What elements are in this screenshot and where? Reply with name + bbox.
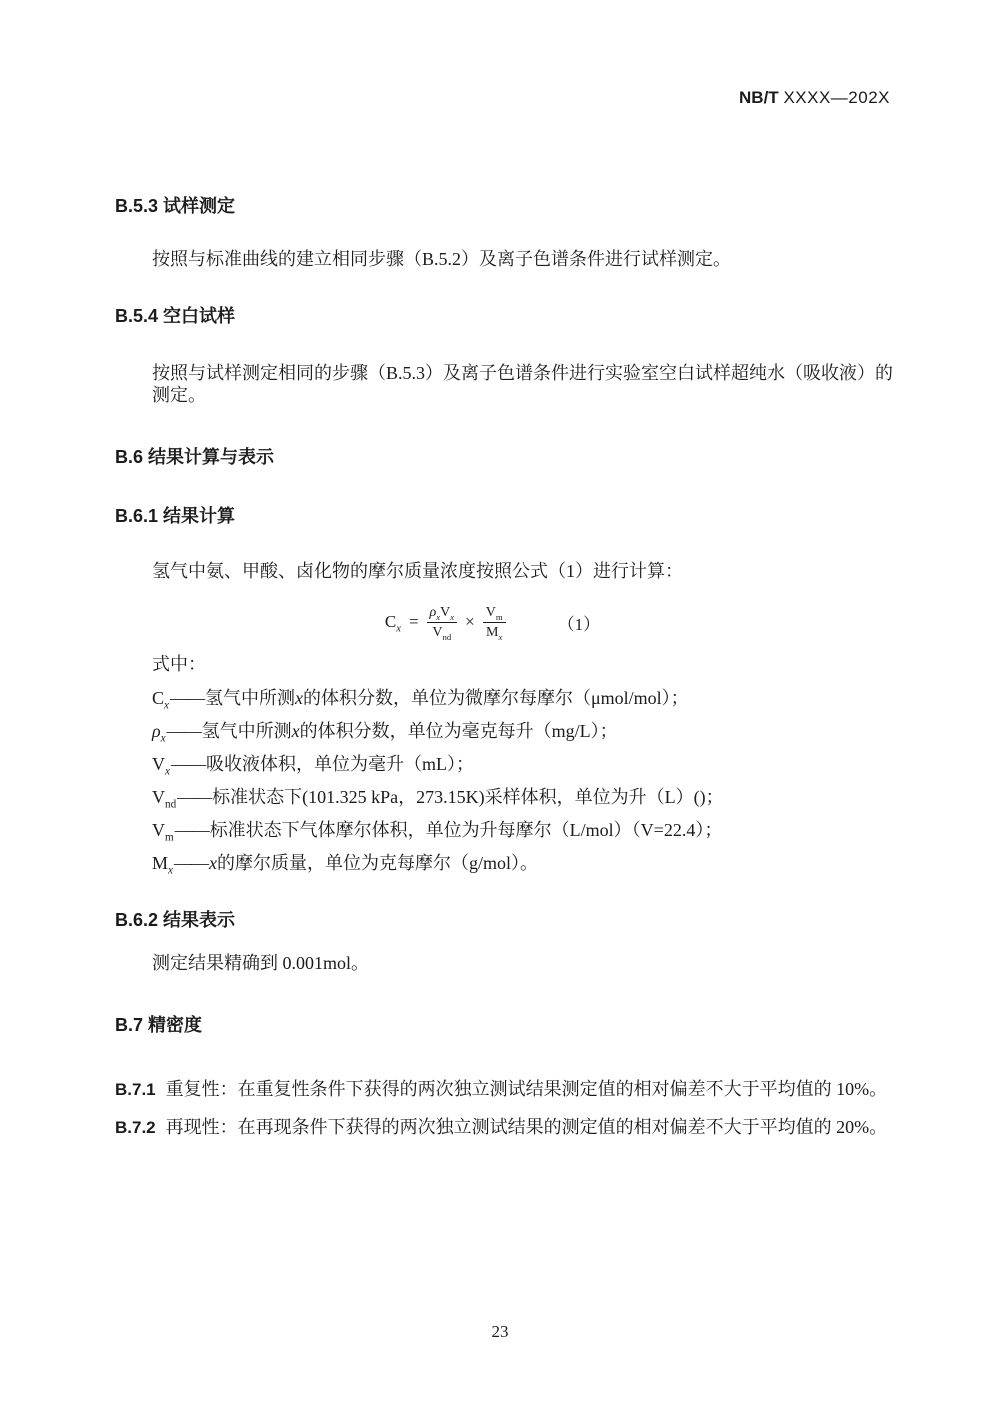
heading-b6: B.6 结果计算与表示 [115,447,910,467]
term-variable-x: x [292,721,300,741]
term-symbol-base: M [152,853,168,873]
mx-symbol: M [486,625,498,640]
vm-symbol: V [486,605,496,620]
page-header: NB/T XXXX—202X [115,88,890,108]
equals-sign: = [407,612,421,632]
paragraph-b5-3: 按照与标准曲线的建立相同步骤（B.5.2）及离子色谱条件进行试样测定。 [115,248,910,270]
paragraph-b5-4: 按照与试样测定相同的步骤（B.5.3）及离子色谱条件进行实验室空白试样超纯水（吸… [115,362,910,406]
term-symbol-base: ρ [152,721,161,741]
formula-intro-label: 式中： [115,653,910,675]
clause-text: 再现性：在再现条件下获得的两次独立测试结果的测定值的相对偏差不大于平均值的 20… [166,1117,888,1137]
definition-dash: —— [176,787,212,807]
term-symbol: Mx [152,853,173,873]
term-symbol-subscript: m [165,832,174,844]
fraction-2-numerator: Vm [483,604,506,623]
term-symbol-subscript: nd [165,799,176,811]
definition-dash: —— [166,721,202,741]
definition-dash: —— [170,754,206,774]
definition-dash: —— [169,688,205,708]
clause-b7-1: B.7.1重复性：在重复性条件下获得的两次独立测试结果测定值的相对偏差不大于平均… [115,1078,910,1101]
vnd-symbol: V [432,625,442,640]
definition-cx: Cx——氢气中所测x的体积分数，单位为微摩尔每摩尔（μmol/mol）； [152,682,910,715]
term-text: 的体积分数，单位为微摩尔每摩尔（μmol/mol）； [303,688,689,708]
term-text: 吸收液体积，单位为毫升（mL）； [206,754,474,774]
fraction-1-denominator: Vnd [432,623,451,641]
equation-lhs-symbol: C [385,612,396,631]
paragraph-b6-1-intro: 氢气中氨、甲酸、卤化物的摩尔质量浓度按照公式（1）进行计算： [115,560,910,582]
term-symbol-subscript: x [161,733,166,745]
term-symbol: Cx [152,688,169,708]
heading-b6-1: B.6.1 结果计算 [115,506,910,526]
multiplication-sign: × [463,612,477,632]
term-text: 氢气中所测 [205,688,295,708]
standard-code-prefix: NB/T [739,88,779,107]
term-text: 标准状态下气体摩尔体积，单位为升每摩尔（L/mol）（V=22.4）； [210,820,723,840]
equation-body: Cx = ρxVx Vnd × Vm Mx [385,604,506,641]
definition-vnd: Vnd——标准状态下(101.325 kPa，273.15K)采样体积，单位为升… [152,781,910,814]
term-text: 的摩尔质量，单位为克每摩尔（g/mol）。 [217,853,538,873]
fraction-2: Vm Mx [483,604,506,641]
equation-lhs-subscript: x [396,623,401,634]
clause-text: 重复性：在重复性条件下获得的两次独立测试结果测定值的相对偏差不大于平均值的 10… [166,1079,888,1099]
clause-b7-2: B.7.2再现性：在再现条件下获得的两次独立测试结果的测定值的相对偏差不大于平均… [115,1116,910,1139]
formula-term-definitions: Cx——氢气中所测x的体积分数，单位为微摩尔每摩尔（μmol/mol）； ρx—… [152,682,910,880]
definition-rho-x: ρx——氢气中所测x的体积分数，单位为毫克每升（mg/L）； [152,715,910,748]
vnd-subscript: nd [443,631,452,641]
mx-subscript: x [498,631,502,641]
paragraph-b6-2: 测定结果精确到 0.001mol。 [115,952,910,974]
equation-number: （1） [558,610,601,635]
term-variable-x: x [209,853,217,873]
term-symbol-base: V [152,820,165,840]
vx-symbol: V [440,605,450,620]
standard-code: XXXX—202X [783,88,890,107]
term-symbol-base: V [152,754,165,774]
definition-mx: Mx——x的摩尔质量，单位为克每摩尔（g/mol）。 [152,847,910,880]
definition-dash: —— [173,853,209,873]
term-symbol: ρx [152,721,166,741]
vx-subscript: x [450,611,454,621]
heading-b7: B.7 精密度 [115,1015,910,1035]
definition-dash: —— [174,820,210,840]
clause-number: B.7.2 [115,1118,156,1137]
term-symbol: Vx [152,754,170,774]
definition-vm: Vm——标准状态下气体摩尔体积，单位为升每摩尔（L/mol）（V=22.4）； [152,814,910,847]
term-text: 的体积分数，单位为毫克每升（mg/L）； [300,721,618,741]
term-variable-x: x [295,688,303,708]
equation-lhs: Cx [385,612,401,632]
fraction-2-denominator: Mx [486,623,502,641]
heading-b5-3: B.5.3 试样测定 [115,196,910,216]
term-text: 标准状态下(101.325 kPa，273.15K)采样体积，单位为升（L）()… [212,787,723,807]
term-symbol: Vnd [152,787,176,807]
page-number: 23 [0,1322,1000,1342]
vm-subscript: m [496,611,503,621]
fraction-1: ρxVx Vnd [427,604,458,641]
fraction-1-numerator: ρxVx [427,604,458,623]
term-symbol-base: C [152,688,164,708]
definition-vx: Vx——吸收液体积，单位为毫升（mL）； [152,748,910,781]
term-symbol-base: V [152,787,165,807]
heading-b5-4: B.5.4 空白试样 [115,306,910,326]
term-text: 氢气中所测 [202,721,292,741]
document-page: NB/T XXXX—202X B.5.3 试样测定 按照与标准曲线的建立相同步骤… [0,0,1000,1415]
clause-number: B.7.1 [115,1080,156,1099]
heading-b6-2: B.6.2 结果表示 [115,910,910,930]
equation-1: Cx = ρxVx Vnd × Vm Mx （1） [115,598,910,646]
term-symbol: Vm [152,820,174,840]
